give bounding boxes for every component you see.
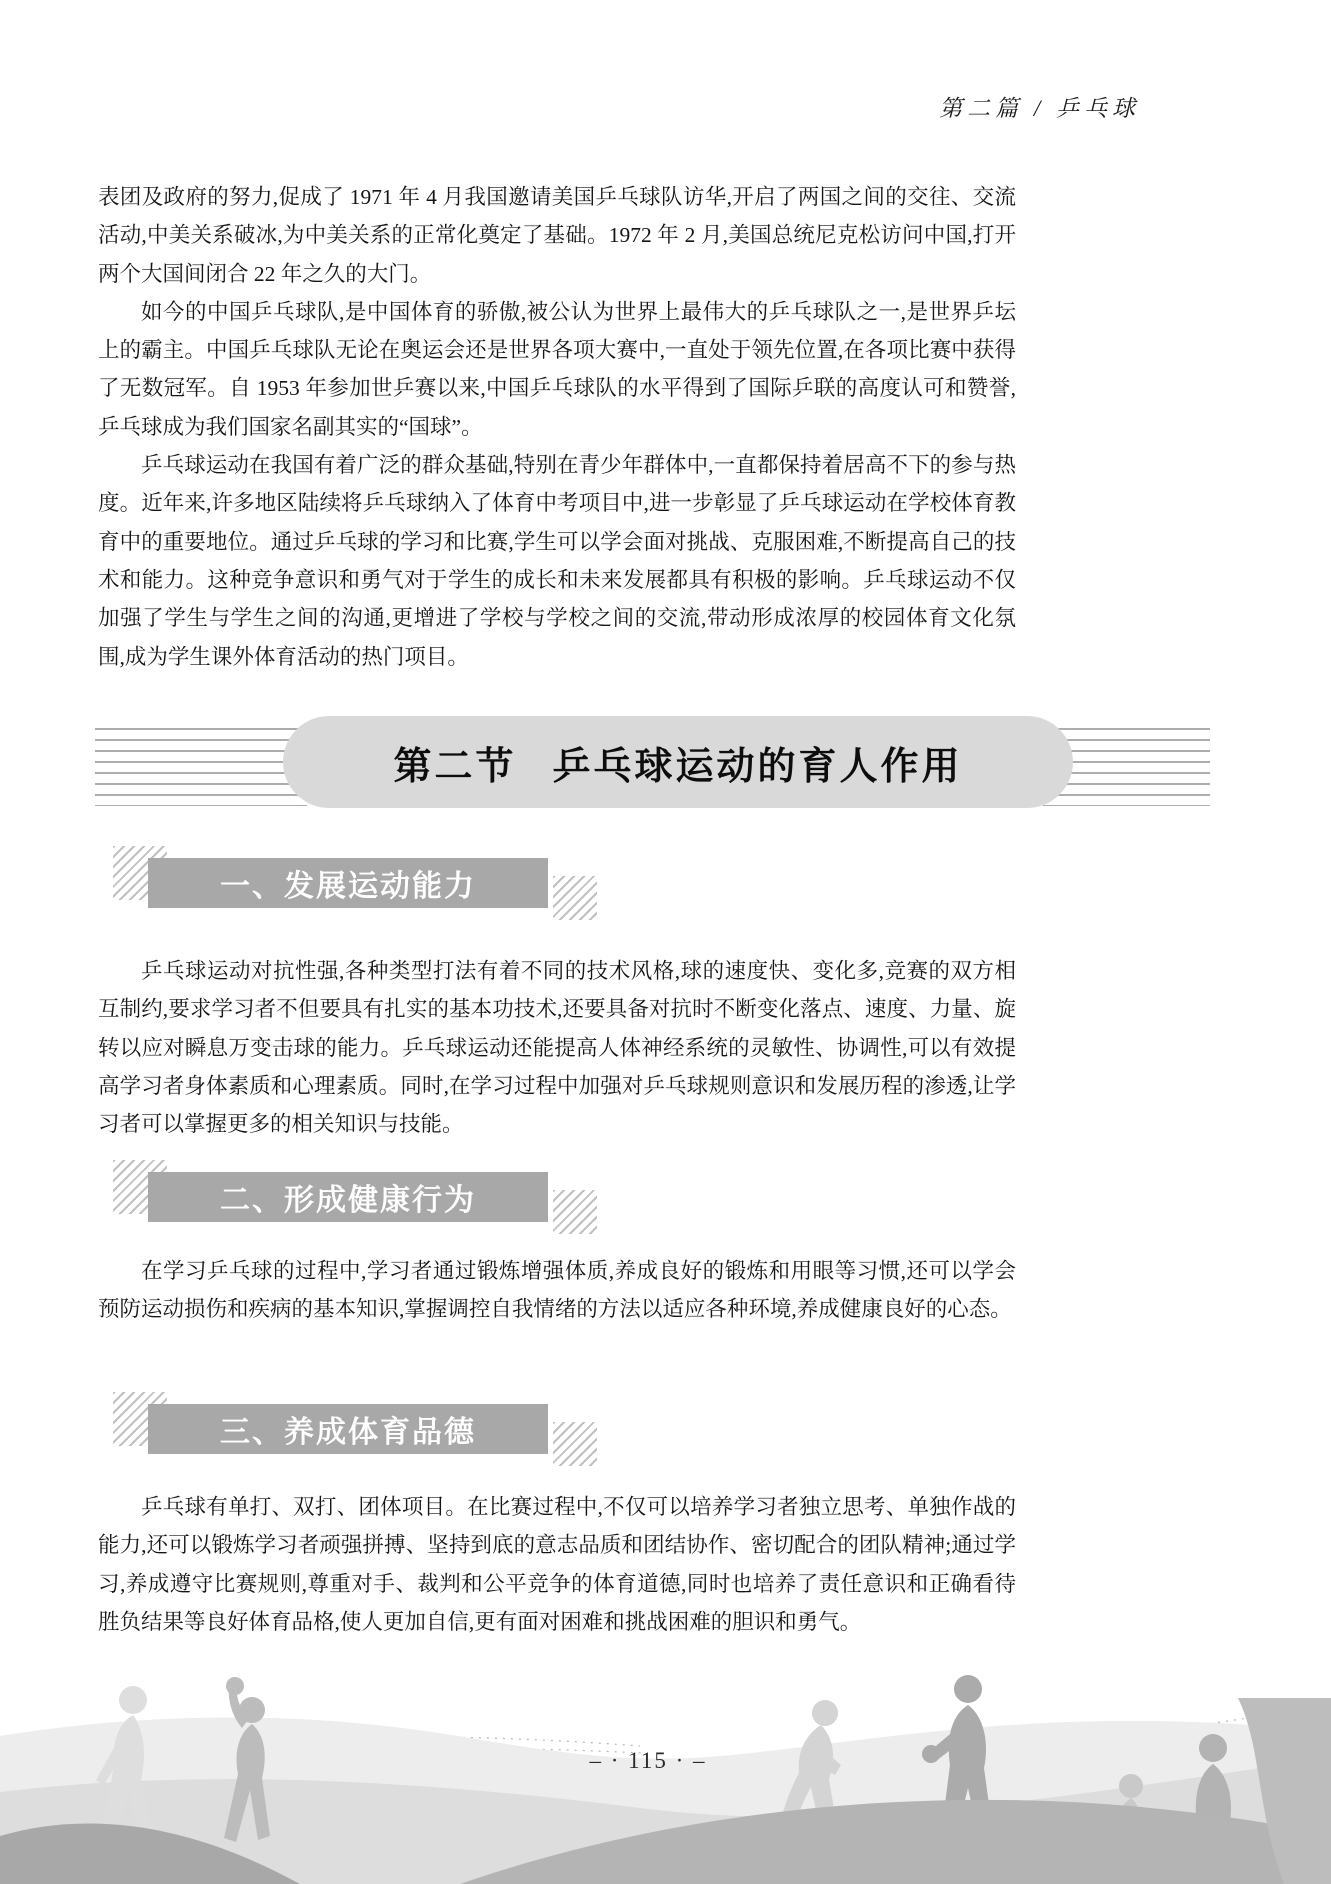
subsection-heading: 一、发展运动能力 (148, 858, 548, 908)
subsection-heading: 二、形成健康行为 (148, 1172, 548, 1222)
hatch-decoration (553, 1190, 597, 1234)
subsection-banner-1: 一、发展运动能力 (113, 846, 605, 928)
section-title: 乒乓球运动的育人作用 (553, 735, 963, 790)
intro-paragraphs: 表团及政府的努力,促成了 1971 年 4 月我国邀请美国乒乓球队访华,开启了两… (98, 178, 1016, 676)
subsection-body: 乒乓球有单打、双打、团体项目。在比赛过程中,不仅可以培养学习者独立思考、单独作战… (98, 1488, 1016, 1641)
section-title-banner: 第二节 乒乓球运动的育人作用 (0, 712, 1331, 812)
subsection-banner-2: 二、形成健康行为 (113, 1160, 605, 1242)
subsection-body: 在学习乒乓球的过程中,学习者通过锻炼增强体质,养成良好的锻炼和用眼等习惯,还可以… (98, 1252, 1016, 1329)
section-title-box: 第二节 乒乓球运动的育人作用 (283, 716, 1073, 808)
subsection-heading: 三、养成体育品德 (148, 1404, 548, 1454)
subsection-banner-3: 三、养成体育品德 (113, 1392, 605, 1474)
page-number: – · 115 · – (98, 1748, 1198, 1774)
hatch-decoration (553, 876, 597, 920)
paragraph: 表团及政府的努力,促成了 1971 年 4 月我国邀请美国乒乓球队访华,开启了两… (98, 178, 1016, 293)
running-header: 第二篇 / 乒乓球 (939, 90, 1140, 123)
hatch-decoration (553, 1422, 597, 1466)
paragraph: 如今的中国乒乓球队,是中国体育的骄傲,被公认为世界上最伟大的乒乓球队之一,是世界… (98, 293, 1016, 446)
book-page: 第二篇 / 乒乓球 表团及政府的努力,促成了 1971 年 4 月我国邀请美国乒… (0, 0, 1331, 1884)
decorative-lines-left (95, 724, 307, 806)
subsection-body: 乒乓球运动对抗性强,各种类型打法有着不同的技术风格,球的速度快、变化多,竞赛的双… (98, 952, 1016, 1143)
section-number: 第二节 (393, 735, 516, 790)
paragraph: 乒乓球运动在我国有着广泛的群众基础,特别在青少年群体中,一直都保持着居高不下的参… (98, 446, 1016, 676)
